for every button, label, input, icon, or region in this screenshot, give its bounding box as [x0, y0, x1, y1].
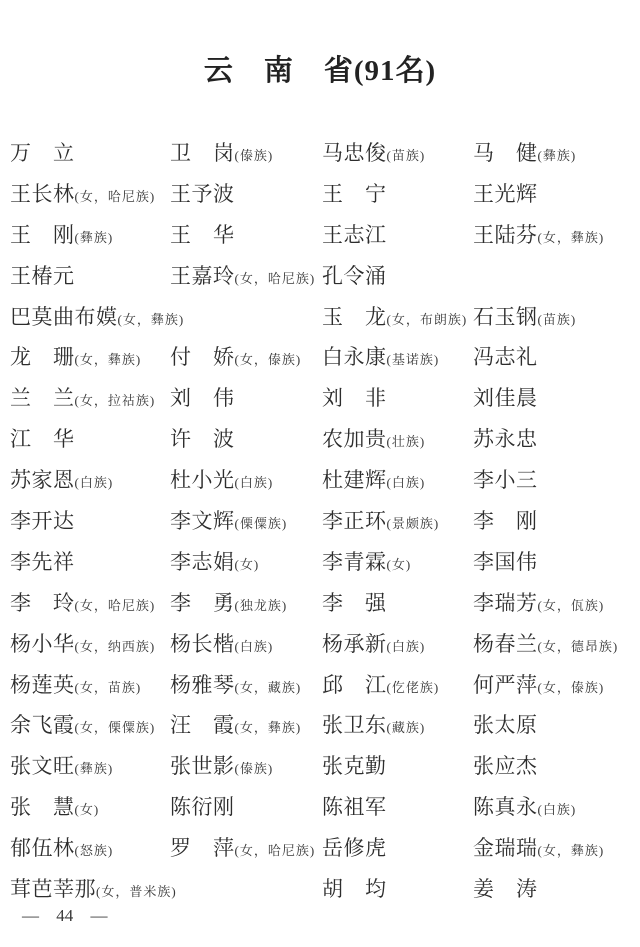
- person-entry: 张世影(傣族): [170, 750, 273, 780]
- person-name: 王予波: [170, 182, 235, 206]
- person-name: 刘佳晨: [473, 386, 538, 410]
- name-row: 苏家恩(白族)杜小光(白族)杜建辉(白族)李小三: [0, 455, 640, 496]
- ethnic-note: (苗族): [538, 312, 577, 327]
- ethnic-note: (白族): [75, 475, 114, 490]
- person-name: 何严萍: [473, 673, 538, 697]
- ethnic-note: (女，哈尼族): [235, 271, 316, 286]
- ethnic-note: (彝族): [75, 761, 114, 776]
- person-entry: 杜建辉(白族): [322, 464, 425, 494]
- person-entry: 许 波: [170, 423, 235, 453]
- person-entry: 石玉钢(苗族): [473, 301, 576, 331]
- person-entry: 龙 珊(女，彝族): [10, 341, 141, 371]
- person-name: 王 刚: [10, 223, 75, 247]
- ethnic-note: (彝族): [75, 230, 114, 245]
- ethnic-note: (女，彝族): [538, 230, 605, 245]
- person-name: 王光辉: [473, 182, 538, 206]
- person-name: 郁伍林: [10, 836, 75, 860]
- ethnic-note: (女，哈尼族): [75, 598, 156, 613]
- person-name: 卫 岗: [170, 141, 235, 165]
- person-name: 李 勇: [170, 591, 235, 615]
- ethnic-note: (女，彝族): [118, 312, 185, 327]
- person-name: 白永康: [322, 345, 387, 369]
- name-row: 张文旺(彝族)张世影(傣族)张克勤张应杰: [0, 741, 640, 782]
- ethnic-note: (女，傈僳族): [75, 720, 156, 735]
- person-name: 苏永忠: [473, 427, 538, 451]
- person-name: 兰 兰: [10, 386, 75, 410]
- person-entry: 罗 萍(女，哈尼族): [170, 832, 315, 862]
- ethnic-note: (傈僳族): [235, 516, 288, 531]
- person-name: 张克勤: [322, 754, 387, 778]
- person-entry: 李国伟: [473, 546, 538, 576]
- person-entry: 王予波: [170, 178, 235, 208]
- person-entry: 杨春兰(女，德昂族): [473, 628, 618, 658]
- person-name: 陈真永: [473, 795, 538, 819]
- person-name: 杨莲英: [10, 673, 75, 697]
- person-entry: 胡 均: [322, 873, 387, 903]
- footer-dash-left: —: [22, 906, 39, 925]
- person-entry: 杨承新(白族): [322, 628, 425, 658]
- person-name: 刘 非: [322, 386, 387, 410]
- person-entry: 刘 伟: [170, 382, 235, 412]
- ethnic-note: (女，哈尼族): [235, 843, 316, 858]
- person-name: 汪 霞: [170, 713, 235, 737]
- person-entry: 陈祖军: [322, 791, 387, 821]
- person-name: 杜建辉: [322, 468, 387, 492]
- person-entry: 张应杰: [473, 750, 538, 780]
- name-row: 王 刚(彝族)王 华王志江王陆芬(女，彝族): [0, 210, 640, 251]
- person-name: 岳修虎: [322, 836, 387, 860]
- person-name: 巴莫曲布嫫: [10, 305, 118, 329]
- person-name: 张 慧: [10, 795, 75, 819]
- name-grid: 万 立卫 岗(傣族)马忠俊(苗族)马 健(彝族)王长林(女，哈尼族)王予波王 宁…: [0, 128, 640, 905]
- person-name: 王陆芬: [473, 223, 538, 247]
- ethnic-note: (仡佬族): [387, 680, 440, 695]
- ethnic-note: (傣族): [235, 148, 274, 163]
- ethnic-note: (彝族): [538, 148, 577, 163]
- person-name: 孔令涌: [322, 264, 387, 288]
- ethnic-note: (女，拉祜族): [75, 393, 156, 408]
- person-name: 李小三: [473, 468, 538, 492]
- ethnic-note: (女，傣族): [235, 352, 302, 367]
- person-name: 张应杰: [473, 754, 538, 778]
- ethnic-note: (白族): [387, 639, 426, 654]
- person-entry: 金瑞瑞(女，彝族): [473, 832, 604, 862]
- person-entry: 冯志礼: [473, 341, 538, 371]
- ethnic-note: (女，傣族): [538, 680, 605, 695]
- person-name: 杜小光: [170, 468, 235, 492]
- person-entry: 杨长楷(白族): [170, 628, 273, 658]
- person-entry: 李 强: [322, 587, 387, 617]
- person-name: 李文辉: [170, 509, 235, 533]
- person-name: 张文旺: [10, 754, 75, 778]
- ethnic-note: (景颇族): [387, 516, 440, 531]
- name-row: 杨莲英(女，苗族)杨雅琴(女，藏族)邱 江(仡佬族)何严萍(女，傣族): [0, 660, 640, 701]
- name-row: 王椿元王嘉玲(女，哈尼族)孔令涌: [0, 251, 640, 292]
- person-entry: 李志娟(女): [170, 546, 259, 576]
- person-name: 杨春兰: [473, 632, 538, 656]
- person-name: 王嘉玲: [170, 264, 235, 288]
- ethnic-note: (女): [235, 557, 260, 572]
- person-entry: 巴莫曲布嫫(女，彝族): [10, 301, 184, 331]
- person-name: 杨承新: [322, 632, 387, 656]
- person-name: 刘 伟: [170, 386, 235, 410]
- person-entry: 王长林(女，哈尼族): [10, 178, 155, 208]
- ethnic-note: (苗族): [387, 148, 426, 163]
- person-name: 玉 龙: [322, 305, 387, 329]
- name-row: 万 立卫 岗(傣族)马忠俊(苗族)马 健(彝族): [0, 128, 640, 169]
- ethnic-note: (藏族): [387, 720, 426, 735]
- person-entry: 王椿元: [10, 260, 75, 290]
- person-entry: 苏永忠: [473, 423, 538, 453]
- person-name: 李瑞芳: [473, 591, 538, 615]
- person-entry: 李青霖(女): [322, 546, 411, 576]
- person-name: 张太原: [473, 713, 538, 737]
- ethnic-note: (白族): [235, 639, 274, 654]
- ethnic-note: (女，布朗族): [387, 312, 468, 327]
- name-row: 张 慧(女)陈衍刚陈祖军陈真永(白族): [0, 782, 640, 823]
- ethnic-note: (白族): [538, 802, 577, 817]
- person-entry: 白永康(基诺族): [322, 341, 439, 371]
- ethnic-note: (怒族): [75, 843, 114, 858]
- person-entry: 杨小华(女，纳西族): [10, 628, 155, 658]
- person-name: 张世影: [170, 754, 235, 778]
- person-name: 杨长楷: [170, 632, 235, 656]
- person-entry: 李文辉(傈僳族): [170, 505, 287, 535]
- ethnic-note: (傣族): [235, 761, 274, 776]
- person-entry: 付 娇(女，傣族): [170, 341, 301, 371]
- ethnic-note: (独龙族): [235, 598, 288, 613]
- name-row: 龙 珊(女，彝族)付 娇(女，傣族)白永康(基诺族)冯志礼: [0, 332, 640, 373]
- name-row: 杨小华(女，纳西族)杨长楷(白族)杨承新(白族)杨春兰(女，德昂族): [0, 619, 640, 660]
- person-name: 陈衍刚: [170, 795, 235, 819]
- name-row: 郁伍林(怒族)罗 萍(女，哈尼族)岳修虎金瑞瑞(女，彝族): [0, 823, 640, 864]
- person-entry: 王嘉玲(女，哈尼族): [170, 260, 315, 290]
- person-name: 王 宁: [322, 182, 387, 206]
- person-name: 金瑞瑞: [473, 836, 538, 860]
- name-row: 李 玲(女，哈尼族)李 勇(独龙族)李 强李瑞芳(女，佤族): [0, 578, 640, 619]
- person-entry: 李先祥: [10, 546, 75, 576]
- person-entry: 王 华: [170, 219, 235, 249]
- ethnic-note: (女): [75, 802, 100, 817]
- person-entry: 李 勇(独龙族): [170, 587, 287, 617]
- person-entry: 王 宁: [322, 178, 387, 208]
- person-name: 许 波: [170, 427, 235, 451]
- person-name: 苏家恩: [10, 468, 75, 492]
- person-entry: 苏家恩(白族): [10, 464, 113, 494]
- footer-dash-right: —: [91, 906, 108, 925]
- person-name: 余飞霞: [10, 713, 75, 737]
- person-name: 万 立: [10, 141, 75, 165]
- page-footer: — 44 —: [22, 906, 108, 926]
- ethnic-note: (白族): [387, 475, 426, 490]
- person-name: 王 华: [170, 223, 235, 247]
- name-row: 兰 兰(女，拉祜族)刘 伟刘 非刘佳晨: [0, 373, 640, 414]
- person-name: 李 玲: [10, 591, 75, 615]
- person-entry: 孔令涌: [322, 260, 387, 290]
- person-name: 马 健: [473, 141, 538, 165]
- person-name: 马忠俊: [322, 141, 387, 165]
- ethnic-note: (女，彝族): [538, 843, 605, 858]
- person-name: 龙 珊: [10, 345, 75, 369]
- ethnic-note: (壮族): [387, 434, 426, 449]
- person-entry: 姜 涛: [473, 873, 538, 903]
- person-name: 李国伟: [473, 550, 538, 574]
- name-row: 巴莫曲布嫫(女，彝族)玉 龙(女，布朗族)石玉钢(苗族): [0, 292, 640, 333]
- person-entry: 刘 非: [322, 382, 387, 412]
- person-entry: 陈衍刚: [170, 791, 235, 821]
- person-entry: 玉 龙(女，布朗族): [322, 301, 467, 331]
- ethnic-note: (女): [387, 557, 412, 572]
- ethnic-note: (女，普米族): [96, 884, 177, 899]
- person-name: 江 华: [10, 427, 75, 451]
- name-row: 李开达李文辉(傈僳族)李正环(景颇族)李 刚: [0, 496, 640, 537]
- person-entry: 李 刚: [473, 505, 538, 535]
- person-name: 冯志礼: [473, 345, 538, 369]
- ethnic-note: (白族): [235, 475, 274, 490]
- ethnic-note: (基诺族): [387, 352, 440, 367]
- person-entry: 余飞霞(女，傈僳族): [10, 709, 155, 739]
- person-entry: 陈真永(白族): [473, 791, 576, 821]
- name-row: 李先祥李志娟(女)李青霖(女)李国伟: [0, 537, 640, 578]
- person-name: 李 强: [322, 591, 387, 615]
- ethnic-note: (女，德昂族): [538, 639, 619, 654]
- person-name: 邱 江: [322, 673, 387, 697]
- person-name: 罗 萍: [170, 836, 235, 860]
- person-name: 李青霖: [322, 550, 387, 574]
- person-entry: 兰 兰(女，拉祜族): [10, 382, 155, 412]
- person-entry: 王志江: [322, 219, 387, 249]
- person-entry: 刘佳晨: [473, 382, 538, 412]
- person-entry: 何严萍(女，傣族): [473, 669, 604, 699]
- person-entry: 马 健(彝族): [473, 137, 576, 167]
- person-entry: 杨莲英(女，苗族): [10, 669, 141, 699]
- person-entry: 岳修虎: [322, 832, 387, 862]
- person-name: 茸芭莘那: [10, 877, 96, 901]
- person-name: 李志娟: [170, 550, 235, 574]
- page-title: 云 南 省(91名): [0, 48, 640, 89]
- person-entry: 王 刚(彝族): [10, 219, 113, 249]
- person-name: 李 刚: [473, 509, 538, 533]
- person-name: 杨雅琴: [170, 673, 235, 697]
- person-name: 陈祖军: [322, 795, 387, 819]
- person-entry: 李小三: [473, 464, 538, 494]
- person-name: 张卫东: [322, 713, 387, 737]
- person-entry: 江 华: [10, 423, 75, 453]
- person-entry: 郁伍林(怒族): [10, 832, 113, 862]
- person-name: 农加贵: [322, 427, 387, 451]
- ethnic-note: (女，藏族): [235, 680, 302, 695]
- ethnic-note: (女，纳西族): [75, 639, 156, 654]
- person-name: 李正环: [322, 509, 387, 533]
- person-name: 李开达: [10, 509, 75, 533]
- name-row: 茸芭莘那(女，普米族)胡 均姜 涛: [0, 864, 640, 905]
- person-entry: 邱 江(仡佬族): [322, 669, 439, 699]
- person-entry: 马忠俊(苗族): [322, 137, 425, 167]
- person-entry: 杨雅琴(女，藏族): [170, 669, 301, 699]
- person-entry: 李开达: [10, 505, 75, 535]
- person-name: 李先祥: [10, 550, 75, 574]
- person-entry: 汪 霞(女，彝族): [170, 709, 301, 739]
- person-name: 王椿元: [10, 264, 75, 288]
- name-row: 余飞霞(女，傈僳族)汪 霞(女，彝族)张卫东(藏族)张太原: [0, 700, 640, 741]
- person-name: 杨小华: [10, 632, 75, 656]
- person-name: 王志江: [322, 223, 387, 247]
- person-entry: 张卫东(藏族): [322, 709, 425, 739]
- person-entry: 李瑞芳(女，佤族): [473, 587, 604, 617]
- ethnic-note: (女，彝族): [235, 720, 302, 735]
- person-entry: 李正环(景颇族): [322, 505, 439, 535]
- person-entry: 张太原: [473, 709, 538, 739]
- ethnic-note: (女，苗族): [75, 680, 142, 695]
- person-entry: 农加贵(壮族): [322, 423, 425, 453]
- name-row: 江 华许 波农加贵(壮族)苏永忠: [0, 414, 640, 455]
- person-entry: 王陆芬(女，彝族): [473, 219, 604, 249]
- person-name: 石玉钢: [473, 305, 538, 329]
- person-entry: 李 玲(女，哈尼族): [10, 587, 155, 617]
- person-entry: 杜小光(白族): [170, 464, 273, 494]
- person-name: 王长林: [10, 182, 75, 206]
- person-name: 姜 涛: [473, 877, 538, 901]
- ethnic-note: (女，哈尼族): [75, 189, 156, 204]
- document-page: 云 南 省(91名) 万 立卫 岗(傣族)马忠俊(苗族)马 健(彝族)王长林(女…: [0, 0, 640, 947]
- person-entry: 张文旺(彝族): [10, 750, 113, 780]
- person-name: 付 娇: [170, 345, 235, 369]
- person-entry: 张克勤: [322, 750, 387, 780]
- page-number: 44: [56, 906, 73, 925]
- person-entry: 张 慧(女): [10, 791, 99, 821]
- person-name: 胡 均: [322, 877, 387, 901]
- person-entry: 卫 岗(傣族): [170, 137, 273, 167]
- ethnic-note: (女，彝族): [75, 352, 142, 367]
- person-entry: 王光辉: [473, 178, 538, 208]
- ethnic-note: (女，佤族): [538, 598, 605, 613]
- name-row: 王长林(女，哈尼族)王予波王 宁王光辉: [0, 169, 640, 210]
- person-entry: 茸芭莘那(女，普米族): [10, 873, 177, 903]
- person-entry: 万 立: [10, 137, 75, 167]
